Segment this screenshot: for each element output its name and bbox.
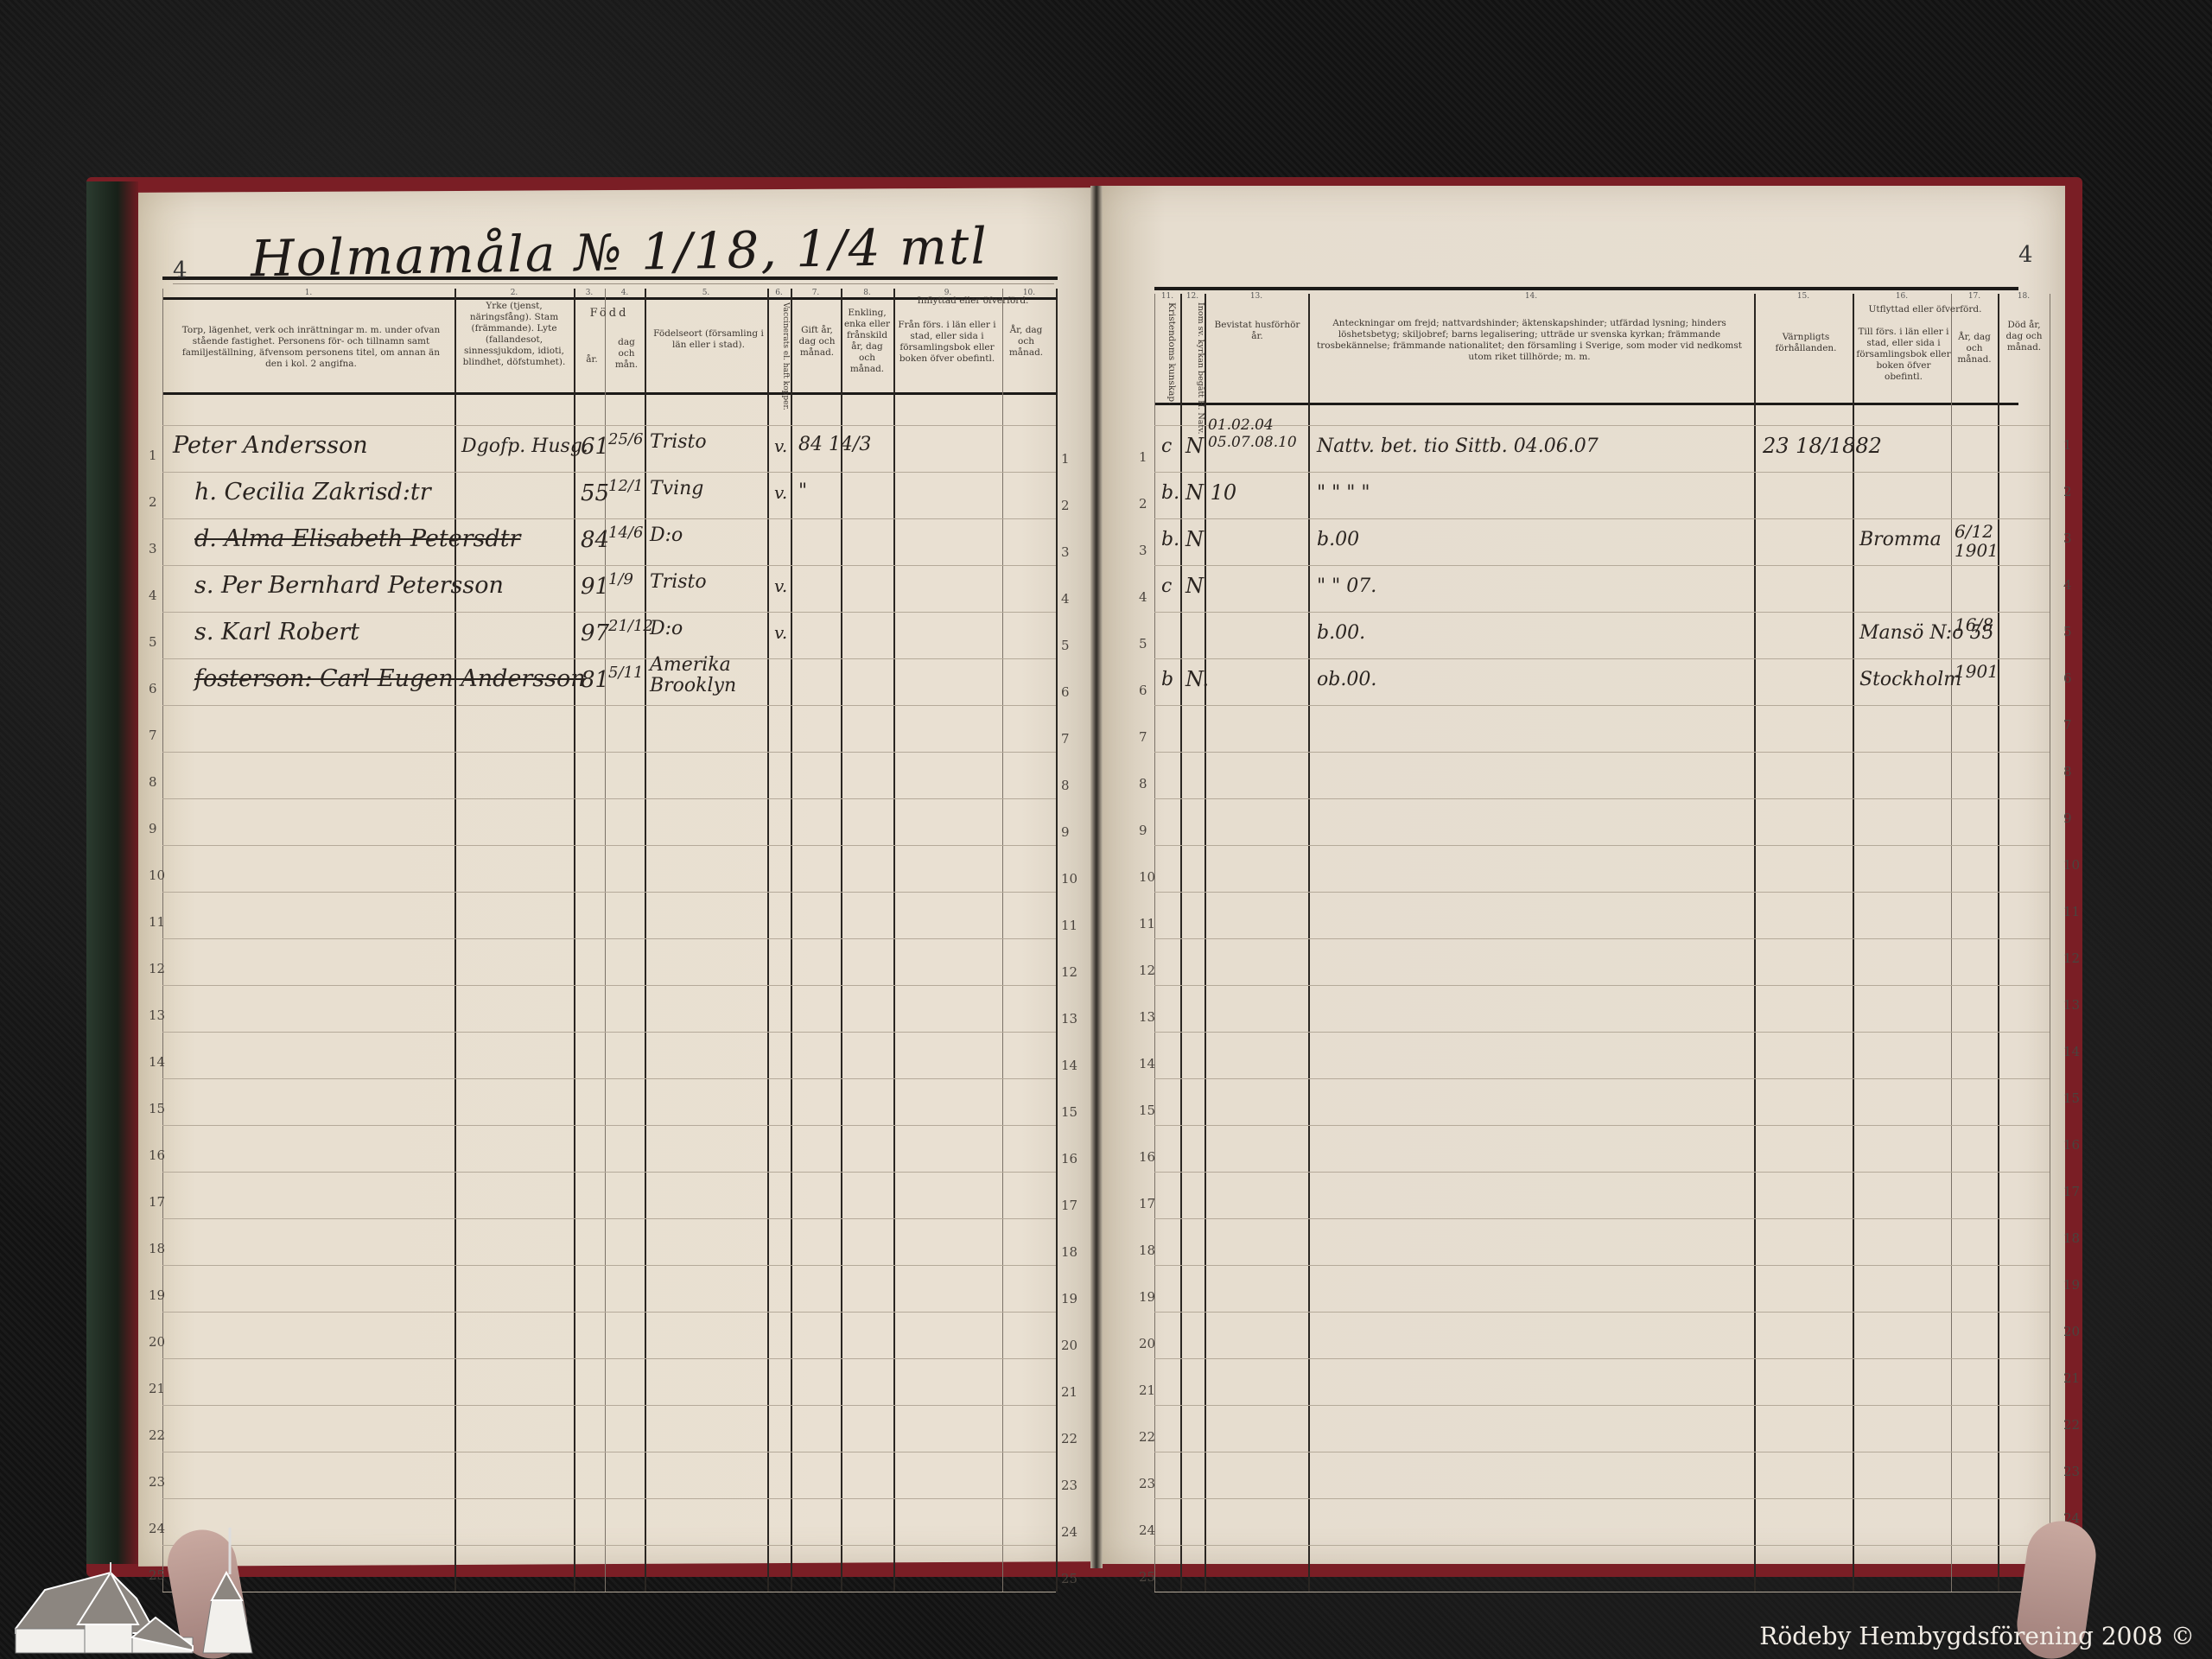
header-col8: Enkling, enka eller frånskild år, dag oc… (843, 308, 891, 375)
entry-birthplace: Tristo (650, 432, 762, 453)
row-number-right: 20 (1139, 1336, 1155, 1351)
row-number-edge: 16 (2063, 1137, 2080, 1153)
entry-name: d. Alma Elisabeth Petersdtr (194, 525, 520, 552)
entry-moved-to: Stockholm (1859, 669, 1961, 690)
column-line (841, 289, 842, 1592)
row-rule (1154, 612, 2050, 613)
row-number-mid: 5 (1061, 638, 1070, 653)
row-rule (162, 1545, 1056, 1546)
header-col10: År, dag och månad. (1002, 325, 1050, 359)
entry-birthplace: D:o (650, 525, 762, 546)
row-number-right: 15 (1139, 1103, 1155, 1118)
column-line (791, 289, 792, 1592)
column-number: 8. (841, 289, 893, 297)
entry-knowledge: c (1161, 435, 1172, 457)
row-number-right: 7 (1139, 729, 1147, 745)
entry-knowledge: b. (1161, 482, 1179, 504)
row-number-right: 1 (1139, 449, 1147, 465)
row-number-mid: 14 (1061, 1058, 1077, 1073)
header-col17: År, dag och månad. (1953, 332, 1996, 365)
column-line (1056, 289, 1058, 1592)
entry-birthplace: Amerika Brooklyn (650, 655, 762, 696)
row-number-right: 16 (1139, 1149, 1155, 1165)
entry-birth-year: 55 (581, 480, 609, 506)
column-number: 18. (1998, 292, 2050, 301)
row-number-edge: 21 (2063, 1370, 2080, 1386)
row-number-edge: 4 (2063, 577, 2072, 593)
row-number-right: 4 (1139, 589, 1147, 605)
row-rule (162, 1358, 1056, 1359)
entry-married: 84 14/3 (798, 434, 871, 455)
column-number: 16. (1853, 292, 1951, 301)
header-col13: Bevistat husförhör år. (1210, 320, 1305, 342)
entry-communion: N (1185, 574, 1204, 598)
row-number-edge: 2 (2063, 484, 2072, 499)
column-number: 11. (1154, 292, 1180, 301)
row-number-right: 25 (1139, 1569, 1155, 1585)
entry-birthplace: Tristo (650, 572, 762, 593)
row-number-edge: 8 (2063, 764, 2072, 779)
row-number-right: 12 (1139, 963, 1155, 978)
row-number-mid: 16 (1061, 1151, 1077, 1166)
entry-notes: b.00. (1317, 622, 1365, 644)
church-logo-icon (9, 1503, 259, 1655)
row-rule (1154, 1078, 2050, 1079)
row-rule (1154, 845, 2050, 846)
header-col9: Från förs. i län eller i stad, eller sid… (895, 320, 999, 365)
row-number-left: 11 (149, 914, 165, 930)
row-number-right: 3 (1139, 543, 1147, 558)
row-rule (162, 985, 1056, 986)
header-col3: år. (577, 354, 607, 365)
row-number-edge: 14 (2063, 1044, 2080, 1059)
header-bottom-rule (162, 392, 1058, 395)
row-number-edge: 19 (2063, 1277, 2080, 1293)
header-col5: Födelseort (församling i län eller i sta… (648, 328, 769, 351)
row-rule (162, 705, 1056, 706)
row-rule (1154, 1405, 2050, 1406)
row-number-right: 5 (1139, 636, 1147, 652)
header-col16: Till förs. i län eller i stad, eller sid… (1856, 327, 1951, 383)
copyright-watermark: Rödeby Hembygdsförening 2008 © (1759, 1622, 2195, 1650)
column-line (454, 289, 456, 1592)
row-number-left: 22 (149, 1427, 165, 1443)
header-inflyttad: Inflyttad eller öfverförd. (895, 296, 1051, 307)
header-fodd: Född (575, 308, 644, 319)
row-rule (1154, 565, 2050, 566)
column-line (574, 289, 575, 1592)
row-number-mid: 7 (1061, 731, 1070, 747)
row-number-left: 16 (149, 1147, 165, 1163)
entry-knowledge: c (1161, 575, 1172, 597)
entry-name: s. Per Bernhard Petersson (194, 572, 504, 599)
entry-moved-date: 6/12 1901 (1955, 522, 2006, 560)
row-number-left: 6 (149, 681, 157, 696)
row-rule (162, 798, 1056, 799)
row-rule (162, 892, 1056, 893)
row-number-right: 21 (1139, 1382, 1155, 1398)
row-number-mid: 8 (1061, 778, 1070, 793)
header-col12: Inom sv. kyrkan begått H. Natv. (1185, 302, 1205, 434)
entry-communion: N (1185, 434, 1204, 458)
row-number-edge: 10 (2063, 857, 2080, 873)
row-rule (1154, 658, 2050, 659)
row-rule (1154, 1032, 2050, 1033)
row-rule (162, 1312, 1056, 1313)
row-rule (162, 565, 1056, 566)
row-number-left: 14 (149, 1054, 165, 1070)
row-number-mid: 25 (1061, 1571, 1077, 1586)
row-number-edge: 17 (2063, 1184, 2080, 1199)
entry-moved-date: 1901 (1955, 662, 2006, 681)
row-number-left: 15 (149, 1101, 165, 1116)
row-rule (162, 1592, 1056, 1592)
column-number: 14. (1308, 292, 1754, 301)
column-number: 12. (1180, 292, 1205, 301)
row-number-mid: 4 (1061, 591, 1070, 607)
row-number-edge: 22 (2063, 1417, 2080, 1433)
row-number-left: 5 (149, 634, 157, 650)
row-rule (1154, 472, 2050, 473)
entry-vaccinated: v. (774, 575, 787, 596)
row-number-right: 13 (1139, 1009, 1155, 1025)
row-number-left: 20 (149, 1334, 165, 1350)
row-number-left: 7 (149, 728, 157, 743)
book-gutter (1090, 186, 1103, 1568)
row-number-edge: 15 (2063, 1090, 2080, 1106)
header-col11: Kristendoms kunskap. (1158, 302, 1177, 405)
entry-notes: b.00 (1317, 529, 1359, 550)
entry-communion: N (1185, 527, 1204, 551)
column-number: 15. (1754, 292, 1853, 301)
header-col6: Vaccinerats el. haft kopper. (771, 302, 790, 410)
row-number-edge: 6 (2063, 671, 2072, 686)
column-number: 7. (791, 289, 841, 297)
row-rule (162, 752, 1056, 753)
column-line (645, 289, 646, 1592)
row-number-mid: 10 (1061, 871, 1077, 887)
row-rule (162, 1498, 1056, 1499)
entry-vaccinated: v. (774, 435, 787, 456)
column-line (1180, 294, 1182, 1592)
row-rule (162, 1032, 1056, 1033)
entry-name: h. Cecilia Zakrisd:tr (194, 479, 431, 505)
row-number-left: 19 (149, 1287, 165, 1303)
row-number-mid: 21 (1061, 1384, 1077, 1400)
row-number-right: 19 (1139, 1289, 1155, 1305)
row-rule (1154, 892, 2050, 893)
row-number-mid: 3 (1061, 544, 1070, 560)
column-number: 5. (645, 289, 767, 297)
row-number-mid: 17 (1061, 1198, 1077, 1213)
right-page (1097, 186, 2065, 1564)
row-number-edge: 18 (2063, 1230, 2080, 1246)
row-rule (1154, 1265, 2050, 1266)
row-rule (1154, 752, 2050, 753)
header-utflyttad: Utflyttad eller öfverförd. (1856, 304, 1994, 315)
row-number-mid: 1 (1061, 451, 1070, 467)
book-spine (86, 181, 138, 1564)
row-rule (162, 845, 1056, 846)
entry-communion: N 10 (1185, 480, 1236, 505)
entry-vaccinated: v. (774, 622, 787, 643)
entry-birth-date: 25/6 (608, 430, 643, 448)
header-col18: Död år, dag och månad. (2000, 320, 2048, 353)
right-page-number: 4 (2018, 242, 2033, 268)
entry-examination-years: 01.02.04 05.07.08.10 (1208, 416, 1305, 451)
column-line (2050, 294, 2050, 1592)
row-rule (162, 1125, 1056, 1126)
row-number-right: 14 (1139, 1056, 1155, 1071)
header-col1: Torp, lägenhet, verk och inrättningar m.… (173, 325, 449, 370)
header-top-rule-right (1154, 287, 2018, 290)
row-rule (1154, 1218, 2050, 1219)
row-rule (1154, 985, 2050, 986)
row-number-edge: 20 (2063, 1324, 2080, 1339)
row-rule (162, 425, 1056, 426)
row-rule (1154, 1172, 2050, 1173)
column-number: 4. (605, 289, 645, 297)
row-number-edge: 5 (2063, 624, 2072, 639)
entry-married: " (798, 480, 807, 502)
header-col4: dag och mån. (609, 337, 644, 371)
entry-birthplace: D:o (650, 619, 762, 639)
row-number-right: 6 (1139, 683, 1147, 698)
entry-notes: " " " " (1317, 482, 1370, 504)
column-line (1308, 294, 1310, 1592)
row-number-left: 23 (149, 1474, 165, 1490)
row-number-right: 23 (1139, 1476, 1155, 1491)
row-number-left: 8 (149, 774, 157, 790)
row-rule (162, 1078, 1056, 1079)
row-number-right: 8 (1139, 776, 1147, 791)
row-rule (162, 1218, 1056, 1219)
row-number-right: 24 (1139, 1522, 1155, 1538)
row-number-left: 9 (149, 821, 157, 836)
row-number-mid: 11 (1061, 918, 1077, 933)
title-underline (173, 283, 1054, 284)
row-number-right: 2 (1139, 496, 1147, 512)
entry-moved-date: 16/8 (1955, 615, 2006, 634)
row-number-edge: 13 (2063, 997, 2080, 1013)
row-number-mid: 23 (1061, 1478, 1077, 1493)
entry-birth-year: 84 (581, 527, 609, 553)
row-rule (1154, 1312, 2050, 1313)
column-line (767, 289, 769, 1592)
row-rule (162, 612, 1056, 613)
row-number-right: 22 (1139, 1429, 1155, 1445)
row-number-mid: 24 (1061, 1524, 1077, 1540)
column-number: 3. (574, 289, 605, 297)
entry-name: s. Karl Robert (194, 619, 359, 645)
row-number-mid: 18 (1061, 1244, 1077, 1260)
entry-notes: Nattv. bet. tio Sittb. 04.06.07 (1317, 435, 1599, 457)
row-number-left: 4 (149, 588, 157, 603)
row-number-left: 10 (149, 868, 165, 883)
row-number-edge: 7 (2063, 717, 2072, 733)
entry-knowledge: b. (1161, 529, 1179, 550)
column-number: 1. (162, 289, 454, 297)
column-line (1998, 294, 1999, 1592)
entry-birth-year: 91 (581, 574, 609, 600)
row-number-left: 21 (149, 1381, 165, 1396)
row-number-mid: 12 (1061, 964, 1077, 980)
row-number-mid: 2 (1061, 498, 1070, 513)
row-number-edge: 3 (2063, 531, 2072, 546)
row-number-mid: 20 (1061, 1338, 1077, 1353)
row-rule (162, 658, 1056, 659)
row-rule (162, 1265, 1056, 1266)
row-number-mid: 6 (1061, 684, 1070, 700)
entry-birth-year: 81 (581, 667, 609, 693)
row-rule (162, 472, 1056, 473)
column-line (1951, 294, 1952, 1592)
row-number-edge: 9 (2063, 810, 2072, 826)
row-rule (162, 1452, 1056, 1452)
header-bottom-rule-right (1154, 403, 2018, 405)
row-rule (1154, 705, 2050, 706)
left-page-number: 4 (173, 257, 188, 283)
entry-birth-date: 1/9 (608, 570, 633, 588)
entry-moved-to: Bromma (1859, 529, 1942, 550)
row-number-edge: 11 (2063, 904, 2080, 919)
entry-occupation: Dgofp. Husg. (461, 435, 588, 457)
row-number-edge: 23 (2063, 1464, 2080, 1479)
column-number: 13. (1205, 292, 1308, 301)
row-rule (1154, 1592, 2050, 1592)
entry-birth-date: 5/11 (608, 664, 643, 682)
row-number-left: 12 (149, 961, 165, 976)
row-number-left: 13 (149, 1007, 165, 1023)
row-number-right: 18 (1139, 1243, 1155, 1258)
row-rule (1154, 938, 2050, 939)
row-number-right: 9 (1139, 823, 1147, 838)
entry-birthplace: Tving (650, 479, 762, 499)
row-number-left: 1 (149, 448, 157, 463)
entry-communion: N. (1185, 667, 1209, 691)
entry-notes: " " 07. (1317, 575, 1376, 597)
row-rule (162, 938, 1056, 939)
row-number-left: 18 (149, 1241, 165, 1256)
row-rule (162, 518, 1056, 519)
column-line (1853, 294, 1854, 1592)
column-number: 6. (767, 289, 791, 297)
row-number-mid: 19 (1061, 1291, 1077, 1306)
row-number-edge: 1 (2063, 437, 2072, 453)
row-number-right: 17 (1139, 1196, 1155, 1211)
row-rule (162, 1172, 1056, 1173)
row-number-right: 11 (1139, 916, 1155, 931)
header-col7: Gift år, dag och månad. (793, 325, 841, 359)
row-rule (1154, 518, 2050, 519)
entry-birth-year: 97 (581, 620, 609, 646)
header-col14: Anteckningar om frejd; nattvardshinder; … (1313, 318, 1745, 363)
entry-knowledge: b (1161, 669, 1173, 690)
column-number: 2. (454, 289, 574, 297)
entry-birth-date: 21/12 (608, 617, 653, 635)
row-number-left: 3 (149, 541, 157, 556)
row-number-left: 2 (149, 494, 157, 510)
column-number: 17. (1951, 292, 1998, 301)
column-line (1002, 289, 1003, 1592)
entry-notes: ob.00. (1317, 669, 1376, 690)
entry-vaccinated: v. (774, 482, 787, 503)
entry-birth-year: 61 (581, 434, 609, 460)
header-col15: Värnpligts förhållanden. (1763, 332, 1849, 354)
row-rule (1154, 1498, 2050, 1499)
column-line (893, 289, 895, 1592)
row-number-mid: 15 (1061, 1104, 1077, 1120)
header-col2: Yrke (tjenst, näringsfång). Stam (främma… (458, 301, 570, 368)
entry-name: fosterson: Carl Eugen Andersson (194, 665, 586, 692)
row-number-mid: 13 (1061, 1011, 1077, 1027)
row-rule (1154, 798, 2050, 799)
row-rule (1154, 1545, 2050, 1546)
entry-military-service: 23 18/1882 (1763, 434, 1882, 458)
row-rule (162, 1405, 1056, 1406)
row-number-left: 17 (149, 1194, 165, 1210)
entry-name: Peter Andersson (173, 432, 368, 459)
row-rule (1154, 1452, 2050, 1452)
entry-birth-date: 14/6 (608, 524, 643, 542)
entry-birth-date: 12/1 (608, 477, 643, 495)
row-number-right: 10 (1139, 869, 1155, 885)
row-rule (1154, 1358, 2050, 1359)
row-number-mid: 9 (1061, 824, 1070, 840)
row-rule (1154, 1125, 2050, 1126)
row-number-mid: 22 (1061, 1431, 1077, 1446)
row-number-edge: 12 (2063, 950, 2080, 966)
column-line (1754, 294, 1756, 1592)
